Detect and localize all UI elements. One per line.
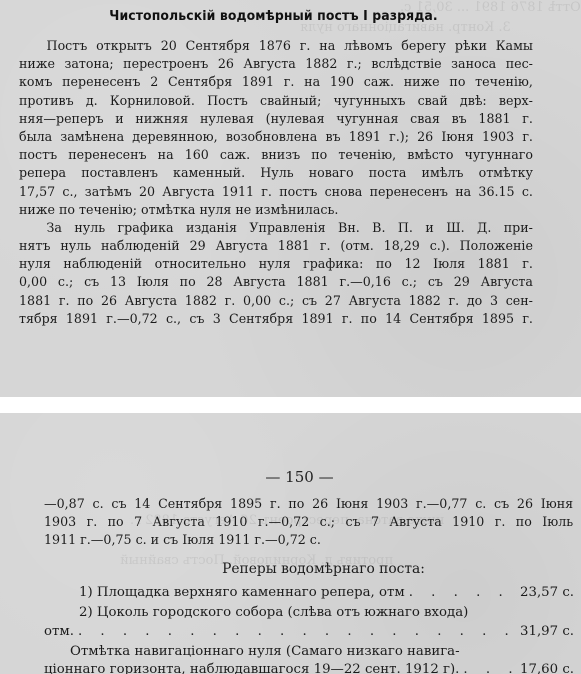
benchmark-item-2-value-row: отм. . . . . . . . . . . . . . . . . . .… [44,623,574,641]
benchmark-label: 2) Цоколь городского собора (слѣва отъ ю… [79,604,468,622]
text-line: противъ д. Корниловой. Постъ свайный; чу… [19,93,533,111]
text-line: комъ перенесенъ 2 Сентября 1891 г. на 19… [19,74,533,92]
benchmark-value: 31,97 с. [520,623,574,641]
text-line: 1911 г.—0,75 с. и съ Іюля 1911 г.—0,72 с… [44,532,573,550]
text-line: няя—реперъ и нижняя нулевая (нулевая чуг… [19,111,533,129]
leader-dots: . . . . . . . . . . . . . . . . . . . . … [405,584,520,602]
navigation-zero-line-2: ціоннаго горизонта, наблюдавшагося 19—22… [44,661,574,674]
text-line: Постъ открытъ 20 Сентября 1876 г. на лѣв… [19,38,533,56]
benchmarks-heading: Реперы водомѣрнаго поста: [0,561,581,577]
benchmark-item-2-label: 2) Цоколь городского собора (слѣва отъ ю… [79,604,468,622]
text-line: 1881 г. по 26 Августа 1882 г. 0,00 с.; с… [19,293,533,311]
benchmark-label: 1) Площадка верхняго каменнаго репера, о… [79,584,405,602]
text-line: За нуль графика изданія Управленія Вн. В… [19,220,533,238]
text-line: постъ перенесенъ на 160 саж. внизъ по те… [19,147,533,165]
text-line: тября 1891 г.—0,72 с., съ 3 Сентября 189… [19,311,533,329]
navigation-zero-value: 17,60 с. [520,661,574,674]
leader-dots: . . . . . . . . . . . . . . . . . . . . … [74,623,520,641]
navigation-zero-label-cont: ціоннаго горизонта, наблюдавшагося 19—22… [44,661,459,674]
text-line: нятъ нуль наблюденій 29 Августа 1881 г. … [19,238,533,256]
text-line: 0,00 с.; съ 13 Іюля по 28 Августа 1881 г… [19,274,533,292]
text-line: 17,57 с., затѣмъ 20 Августа 1911 г. пост… [19,184,533,202]
zero-offset-continuation: —0,87 с. съ 14 Сентября 1895 г. по 26 Ію… [44,496,573,551]
text-line: нуля наблюденій относительно нуля график… [19,256,533,274]
leader-dots: . . . . . . . . . . . . . . . . . . . . … [459,661,520,674]
navigation-zero-label: Отмѣтка навигаціоннаго нуля (Самаго низк… [70,643,460,661]
benchmark-value: 23,57 с. [520,584,574,602]
navigation-zero-line-1: Отмѣтка навигаціоннаго нуля (Самаго низк… [70,643,574,661]
text-line: —0,87 с. съ 14 Сентября 1895 г. по 26 Ію… [44,496,573,514]
text-line: ниже затона; перестроенъ 26 Августа 1882… [19,56,533,74]
page-separator [0,397,581,413]
text-line: 1903 г. по 7 Августа 1910 г.—0,72 с.; съ… [44,514,573,532]
text-line: была замѣнена деревянною, возобновлена в… [19,129,533,147]
benchmark-item-1: 1) Площадка верхняго каменнаго репера, о… [79,584,574,602]
text-line: репера поставленъ каменный. Нуль новаго … [19,165,533,183]
benchmark-label-cont: отм. [44,623,74,641]
post-history-text: Постъ открытъ 20 Сентября 1876 г. на лѣв… [19,38,533,329]
text-line: ниже по теченію; отмѣтка нуля не измѣнил… [19,202,533,220]
page-number: — 150 — [0,468,581,486]
document-page-top: Оттѣ 1876 1891 ... 30,51 с. 3. Контр. на… [0,0,581,397]
document-title: Чистопольскій водомѣрный постъ I разряда… [19,9,528,24]
document-page-bottom: ниже затона, перестроенъ 26 Августа 1882… [0,413,581,674]
